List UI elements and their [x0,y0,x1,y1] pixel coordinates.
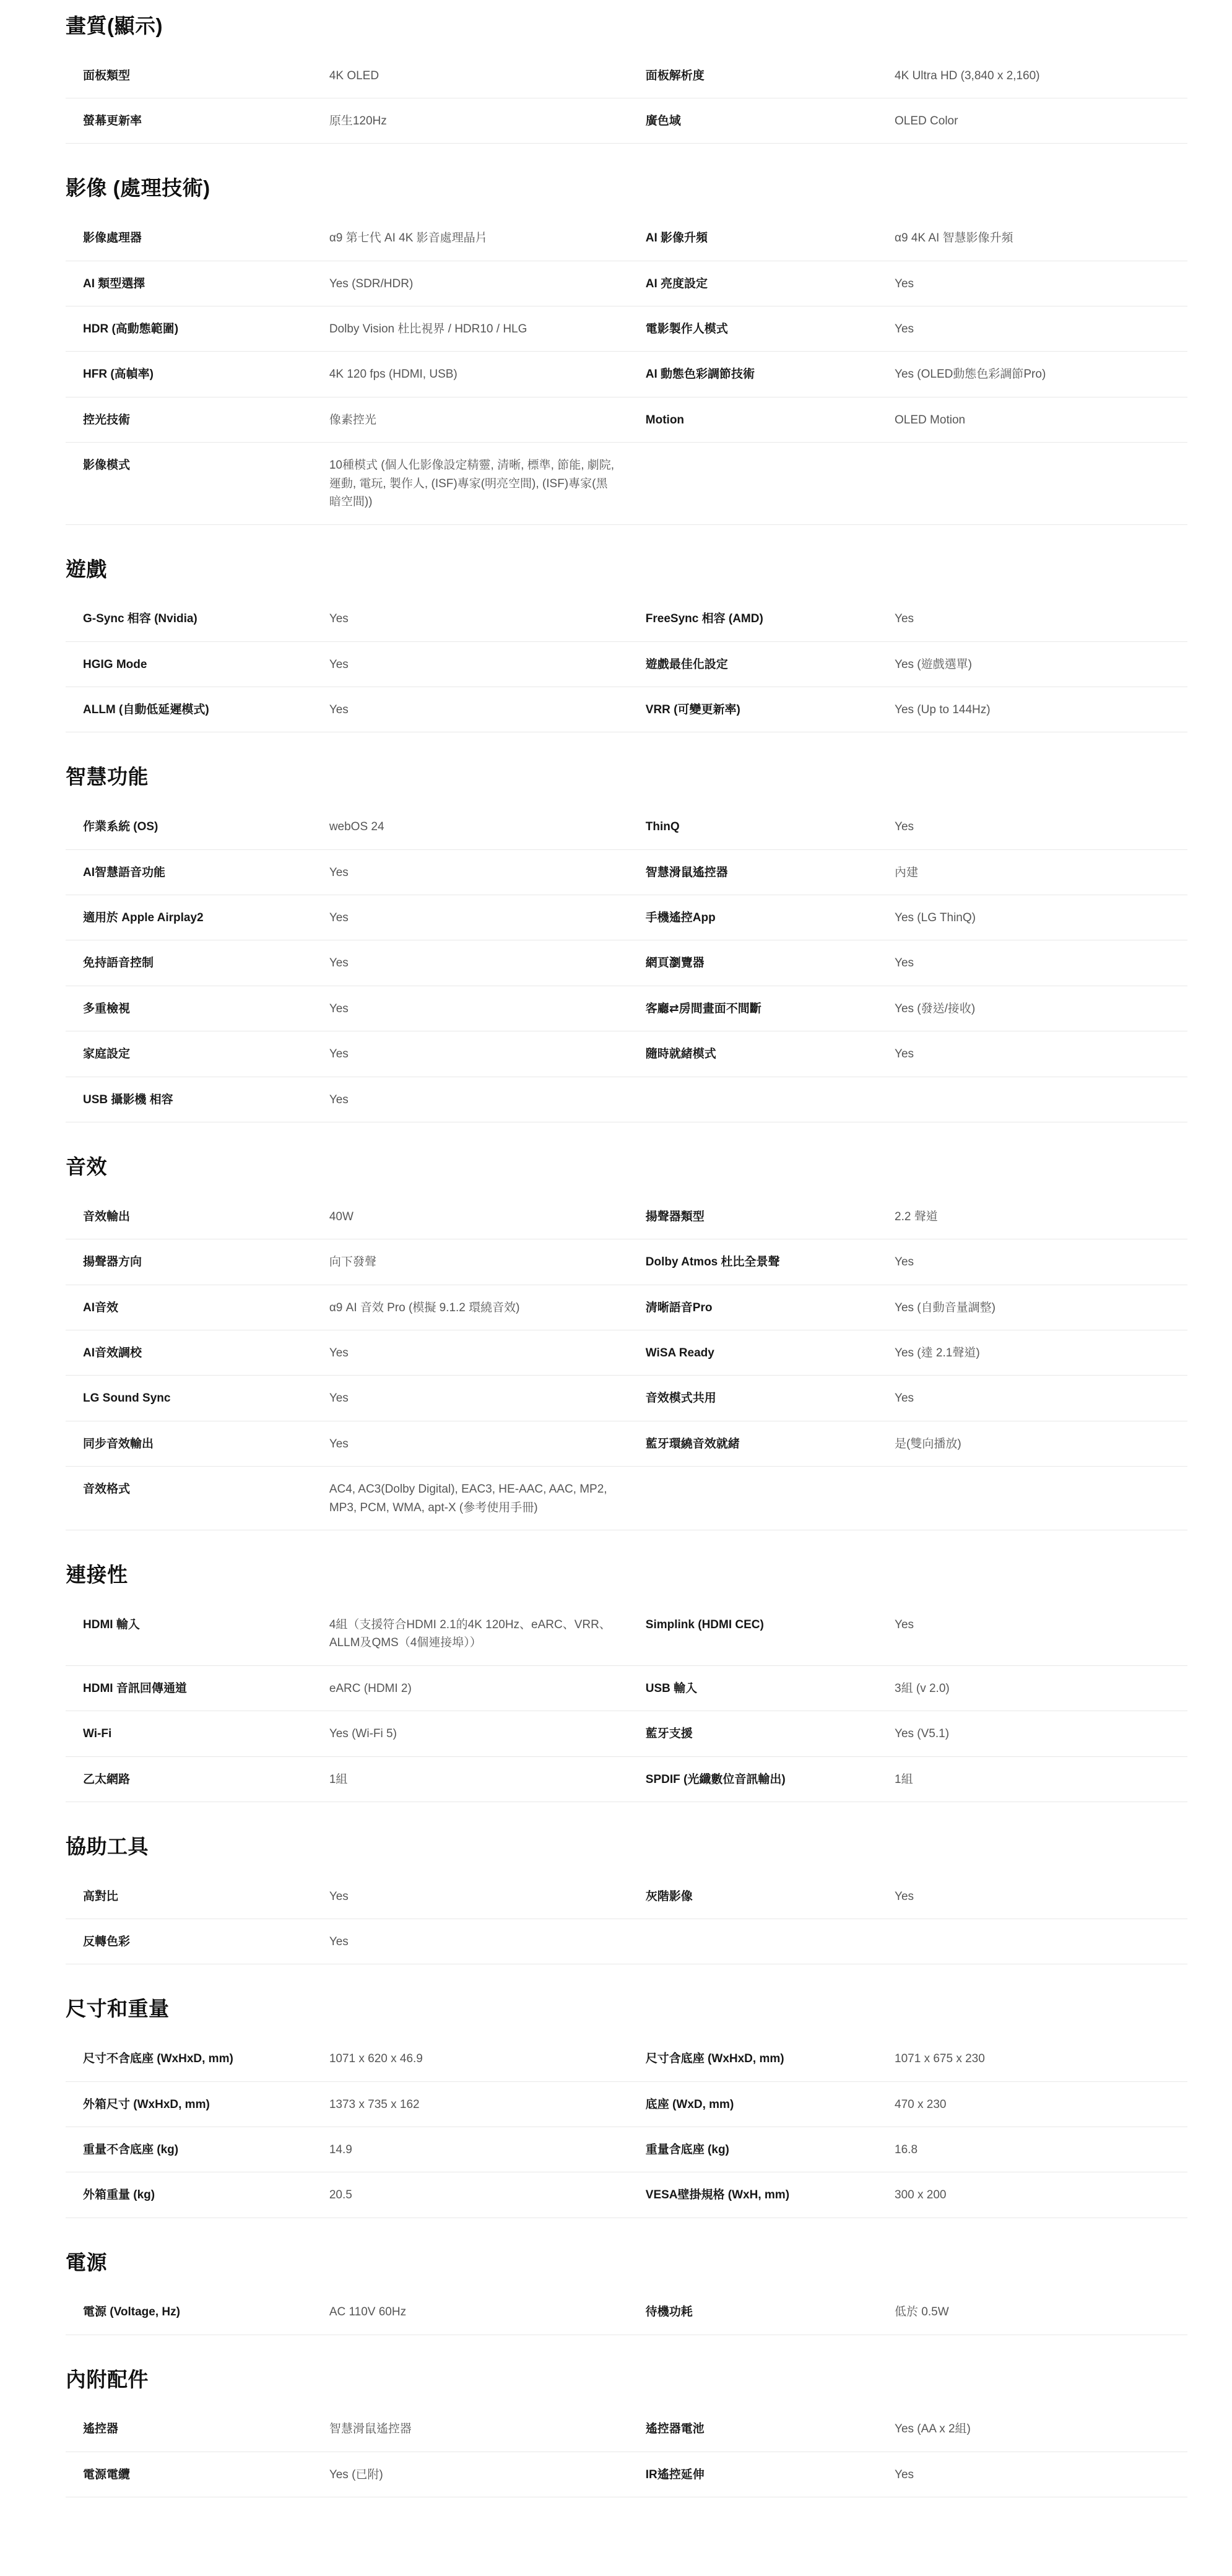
spec-label: 清晰語音Pro [646,1299,895,1317]
spec-value: Yes (自動音量調整) [895,1299,1187,1317]
spec-value: α9 第七代 AI 4K 影音處理晶片 [329,229,646,247]
spec-value: Yes [329,656,646,674]
spec-row: 螢幕更新率 原生120Hz 廣色域 OLED Color [66,98,1187,144]
spec-row: LG Sound Sync Yes 音效模式共用 Yes [66,1376,1187,1421]
spec-value: 4K OLED [329,67,646,85]
spec-value: Yes (LG ThinQ) [895,909,1187,927]
spec-label: AI音效調校 [66,1344,329,1362]
spec-label: AI音效 [66,1299,329,1317]
spec-label: Dolby Atmos 杜比全景聲 [646,1253,895,1271]
spec-value: Yes [329,864,646,882]
spec-label: 反轉色彩 [66,1933,329,1951]
spec-row: 作業系統 (OS) webOS 24 ThinQ Yes [66,804,1187,849]
spec-row: AI音效調校 Yes WiSA Ready Yes (達 2.1聲道) [66,1330,1187,1376]
spec-value: 原生120Hz [329,112,646,130]
spec-label: FreeSync 相容 (AMD) [646,610,895,628]
spec-row: HDR (高動態範圍) Dolby Vision 杜比視界 / HDR10 / … [66,306,1187,352]
spec-label: USB 輸入 [646,1680,895,1698]
spec-label: 外箱重量 (kg) [66,2186,329,2204]
spec-label: 面板類型 [66,67,329,85]
spec-value: 是(雙向播放) [895,1435,1187,1453]
spec-label: 面板解析度 [646,67,895,85]
spec-value: Yes [895,2466,1187,2484]
spec-label: USB 攝影機 相容 [66,1091,329,1109]
spec-row: USB 攝影機 相容 Yes [66,1077,1187,1122]
section-rows: HDMI 輸入 4組（支援符合HDMI 2.1的4K 120Hz、eARC、VR… [66,1602,1187,1802]
spec-row: 多重檢視 Yes 客廳⇄房間畫面不間斷 Yes (發送/接收) [66,986,1187,1031]
spec-label: 影像模式 [66,456,329,474]
section-title: 遊戲 [66,557,1187,582]
spec-value: Yes [895,1045,1187,1063]
spec-row: 電源 (Voltage, Hz) AC 110V 60Hz 待機功耗 低於 0.… [66,2289,1187,2335]
spec-value: eARC (HDMI 2) [329,1680,646,1698]
spec-value: Yes (AA x 2組) [895,2420,1187,2438]
spec-row: 反轉色彩 Yes [66,1919,1187,1964]
spec-label: AI 影像升頻 [646,229,895,247]
section-rows: 影像處理器 α9 第七代 AI 4K 影音處理晶片 AI 影像升頻 α9 4K … [66,215,1187,525]
section-rows: 作業系統 (OS) webOS 24 ThinQ Yes AI智慧語音功能 Ye… [66,804,1187,1122]
spec-label: 音效格式 [66,1480,329,1498]
spec-label: 免持語音控制 [66,954,329,972]
spec-value: Yes (Up to 144Hz) [895,701,1187,719]
spec-section: 影像 (處理技術) 影像處理器 α9 第七代 AI 4K 影音處理晶片 AI 影… [66,144,1187,524]
section-title: 電源 [66,2250,1187,2275]
spec-value: Dolby Vision 杜比視界 / HDR10 / HLG [329,320,646,338]
section-title: 影像 (處理技術) [66,176,1187,201]
spec-value: 1組 [329,1771,646,1789]
spec-label: ALLM (自動低延遲模式) [66,701,329,719]
spec-label: 客廳⇄房間畫面不間斷 [646,1000,895,1018]
spec-value: Yes [895,320,1187,338]
spec-label: 揚聲器類型 [646,1208,895,1226]
spec-row: HDMI 音訊回傳通道 eARC (HDMI 2) USB 輸入 3組 (v 2… [66,1666,1187,1711]
spec-label: 廣色域 [646,112,895,130]
spec-row: AI智慧語音功能 Yes 智慧滑鼠遙控器 內建 [66,850,1187,895]
spec-value: 300 x 200 [895,2186,1187,2204]
spec-row: 重量不含底座 (kg) 14.9 重量含底座 (kg) 16.8 [66,2127,1187,2172]
spec-label: IR遙控延伸 [646,2466,895,2484]
spec-row: 揚聲器方向 向下發聲 Dolby Atmos 杜比全景聲 Yes [66,1239,1187,1285]
spec-label: 底座 (WxD, mm) [646,2096,895,2114]
spec-label: 乙太網路 [66,1771,329,1789]
spec-value: Yes [329,1045,646,1063]
spec-label: 作業系統 (OS) [66,818,329,836]
section-rows: 音效輸出 40W 揚聲器類型 2.2 聲道 揚聲器方向 向下發聲 Dolby A… [66,1194,1187,1531]
spec-value: Yes (OLED動態色彩調節Pro) [895,365,1187,383]
spec-value: Yes [895,1888,1187,1906]
spec-value: 4組（支援符合HDMI 2.1的4K 120Hz、eARC、VRR、ALLM及Q… [329,1616,646,1652]
spec-section: 智慧功能 作業系統 (OS) webOS 24 ThinQ Yes AI智慧語音… [66,732,1187,1122]
spec-label: HDMI 輸入 [66,1616,329,1634]
spec-label: 電影製作人模式 [646,320,895,338]
spec-label: 手機遙控App [646,909,895,927]
spec-label: VESA壁掛規格 (WxH, mm) [646,2186,895,2204]
spec-row: 遙控器 智慧滑鼠遙控器 遙控器電池 Yes (AA x 2組) [66,2406,1187,2452]
spec-value: Yes [895,1616,1187,1634]
spec-row: Wi-Fi Yes (Wi-Fi 5) 藍牙支援 Yes (V5.1) [66,1711,1187,1756]
spec-label: SPDIF (光纖數位音訊輸出) [646,1771,895,1789]
spec-row: ALLM (自動低延遲模式) Yes VRR (可變更新率) Yes (Up t… [66,687,1187,732]
spec-section: 畫質(顯示) 面板類型 4K OLED 面板解析度 4K Ultra HD (3… [66,7,1187,144]
spec-row: 尺寸不含底座 (WxHxD, mm) 1071 x 620 x 46.9 尺寸含… [66,2036,1187,2081]
spec-value: 1組 [895,1771,1187,1789]
spec-value: Yes [329,610,646,628]
spec-label: 電源電纜 [66,2466,329,2484]
spec-value: 2.2 聲道 [895,1208,1187,1226]
spec-value: 1373 x 735 x 162 [329,2096,646,2114]
spec-label: G-Sync 相容 (Nvidia) [66,610,329,628]
spec-row: 影像處理器 α9 第七代 AI 4K 影音處理晶片 AI 影像升頻 α9 4K … [66,215,1187,261]
spec-value: 40W [329,1208,646,1226]
spec-section: 內附配件 遙控器 智慧滑鼠遙控器 遙控器電池 Yes (AA x 2組) 電源電… [66,2335,1187,2497]
spec-value: 1071 x 620 x 46.9 [329,2050,646,2068]
spec-row: HFR (高幀率) 4K 120 fps (HDMI, USB) AI 動態色彩… [66,352,1187,397]
spec-value: α9 AI 音效 Pro (模擬 9.1.2 環繞音效) [329,1299,646,1317]
spec-label: 揚聲器方向 [66,1253,329,1271]
spec-row: 同步音效輸出 Yes 藍牙環繞音效就緒 是(雙向播放) [66,1421,1187,1467]
spec-value: 3組 (v 2.0) [895,1680,1187,1698]
spec-label: HDMI 音訊回傳通道 [66,1680,329,1698]
section-rows: G-Sync 相容 (Nvidia) Yes FreeSync 相容 (AMD)… [66,596,1187,732]
spec-value: Yes [895,1253,1187,1271]
spec-label: 藍牙環繞音效就緒 [646,1435,895,1453]
spec-label: LG Sound Sync [66,1389,329,1407]
spec-value: Yes (發送/接收) [895,1000,1187,1018]
spec-row: HGIG Mode Yes 遊戲最佳化設定 Yes (遊戲選單) [66,642,1187,687]
spec-value: Yes [329,1435,646,1453]
spec-label: HGIG Mode [66,656,329,674]
spec-row: G-Sync 相容 (Nvidia) Yes FreeSync 相容 (AMD)… [66,596,1187,641]
spec-value: 4K Ultra HD (3,840 x 2,160) [895,67,1187,85]
spec-section: 遊戲 G-Sync 相容 (Nvidia) Yes FreeSync 相容 (A… [66,525,1187,733]
spec-row: 電源電纜 Yes (已附) IR遙控延伸 Yes [66,2452,1187,2497]
spec-value: 10種模式 (個人化影像設定精靈, 清晰, 標準, 節能, 劇院, 運動, 電玩… [329,456,646,511]
spec-value: 1071 x 675 x 230 [895,2050,1187,2068]
spec-row: 面板類型 4K OLED 面板解析度 4K Ultra HD (3,840 x … [66,53,1187,98]
spec-value: Yes [329,1888,646,1906]
spec-value: 16.8 [895,2141,1187,2159]
spec-label: 高對比 [66,1888,329,1906]
spec-label: AI 動態色彩調節技術 [646,365,895,383]
section-title: 音效 [66,1155,1187,1179]
section-rows: 高對比 Yes 灰階影像 Yes 反轉色彩 Yes [66,1874,1187,1965]
spec-row: 外箱重量 (kg) 20.5 VESA壁掛規格 (WxH, mm) 300 x … [66,2172,1187,2218]
spec-row: 音效格式 AC4, AC3(Dolby Digital), EAC3, HE-A… [66,1467,1187,1530]
spec-label: 遙控器電池 [646,2420,895,2438]
spec-value: 內建 [895,864,1187,882]
spec-label: AI 亮度設定 [646,275,895,293]
spec-value: Yes (V5.1) [895,1725,1187,1743]
spec-label: HFR (高幀率) [66,365,329,383]
section-title: 智慧功能 [66,765,1187,789]
section-rows: 面板類型 4K OLED 面板解析度 4K Ultra HD (3,840 x … [66,53,1187,144]
section-title: 畫質(顯示) [66,14,1187,38]
spec-row: 乙太網路 1組 SPDIF (光纖數位音訊輸出) 1組 [66,1757,1187,1802]
spec-section: 音效 音效輸出 40W 揚聲器類型 2.2 聲道 揚聲器方向 向下發聲 Dolb… [66,1122,1187,1530]
spec-value: AC 110V 60Hz [329,2303,646,2321]
spec-value: 4K 120 fps (HDMI, USB) [329,365,646,383]
spec-label: Simplink (HDMI CEC) [646,1616,895,1634]
spec-value: Yes [329,1091,646,1109]
spec-value: Yes (SDR/HDR) [329,275,646,293]
spec-value: Yes (達 2.1聲道) [895,1344,1187,1362]
spec-value: α9 4K AI 智慧影像升頻 [895,229,1187,247]
spec-value: Yes [895,610,1187,628]
spec-label: 尺寸含底座 (WxHxD, mm) [646,2050,895,2068]
spec-value: 像素控光 [329,411,646,429]
spec-section: 協助工具 高對比 Yes 灰階影像 Yes 反轉色彩 Yes [66,1802,1187,1964]
spec-value: Yes [895,1389,1187,1407]
spec-row: 控光技術 像素控光 Motion OLED Motion [66,397,1187,443]
spec-label: 灰階影像 [646,1888,895,1906]
spec-value: OLED Motion [895,411,1187,429]
spec-value: Yes (已附) [329,2466,646,2484]
spec-label: ThinQ [646,818,895,836]
spec-value: Yes [329,1933,646,1951]
spec-label: Motion [646,411,895,429]
spec-value: 低於 0.5W [895,2303,1187,2321]
spec-value: Yes [329,909,646,927]
spec-label: 遙控器 [66,2420,329,2438]
spec-label: VRR (可變更新率) [646,701,895,719]
spec-row: HDMI 輸入 4組（支援符合HDMI 2.1的4K 120Hz、eARC、VR… [66,1602,1187,1666]
spec-row: 家庭設定 Yes 隨時就緒模式 Yes [66,1031,1187,1077]
section-title: 尺寸和重量 [66,1997,1187,2021]
spec-label: HDR (高動態範圍) [66,320,329,338]
spec-value: AC4, AC3(Dolby Digital), EAC3, HE-AAC, A… [329,1480,646,1517]
spec-value: Yes [895,954,1187,972]
spec-label: WiSA Ready [646,1344,895,1362]
spec-label: 藍牙支援 [646,1725,895,1743]
spec-value: 470 x 230 [895,2096,1187,2114]
spec-value: Yes (Wi-Fi 5) [329,1725,646,1743]
spec-label: 尺寸不含底座 (WxHxD, mm) [66,2050,329,2068]
spec-value: Yes [895,818,1187,836]
spec-value: 14.9 [329,2141,646,2159]
spec-row: AI音效 α9 AI 音效 Pro (模擬 9.1.2 環繞音效) 清晰語音Pr… [66,1285,1187,1330]
spec-label: 外箱尺寸 (WxHxD, mm) [66,2096,329,2114]
spec-label: 重量含底座 (kg) [646,2141,895,2159]
spec-label: 網頁瀏覽器 [646,954,895,972]
spec-label: 待機功耗 [646,2303,895,2321]
spec-value: Yes [329,1344,646,1362]
spec-label: AI智慧語音功能 [66,864,329,882]
spec-label: 控光技術 [66,411,329,429]
spec-value: Yes [329,1389,646,1407]
spec-row: 影像模式 10種模式 (個人化影像設定精靈, 清晰, 標準, 節能, 劇院, 運… [66,443,1187,524]
section-rows: 遙控器 智慧滑鼠遙控器 遙控器電池 Yes (AA x 2組) 電源電纜 Yes… [66,2406,1187,2497]
spec-label: 同步音效輸出 [66,1435,329,1453]
spec-row: 高對比 Yes 灰階影像 Yes [66,1874,1187,1919]
spec-label: 影像處理器 [66,229,329,247]
spec-value: 智慧滑鼠遙控器 [329,2420,646,2438]
spec-label: Wi-Fi [66,1725,329,1743]
spec-row: AI 類型選擇 Yes (SDR/HDR) AI 亮度設定 Yes [66,261,1187,306]
spec-value: Yes [329,701,646,719]
spec-label: 遊戲最佳化設定 [646,656,895,674]
spec-label: 適用於 Apple Airplay2 [66,909,329,927]
spec-value: 20.5 [329,2186,646,2204]
spec-row: 適用於 Apple Airplay2 Yes 手機遙控App Yes (LG T… [66,895,1187,940]
spec-value: OLED Color [895,112,1187,130]
spec-row: 音效輸出 40W 揚聲器類型 2.2 聲道 [66,1194,1187,1239]
spec-label: AI 類型選擇 [66,275,329,293]
spec-value: Yes [329,954,646,972]
spec-label: 螢幕更新率 [66,112,329,130]
section-rows: 尺寸不含底座 (WxHxD, mm) 1071 x 620 x 46.9 尺寸含… [66,2036,1187,2218]
spec-row: 外箱尺寸 (WxHxD, mm) 1373 x 735 x 162 底座 (Wx… [66,2082,1187,2127]
spec-label: 隨時就緒模式 [646,1045,895,1063]
spec-label: 智慧滑鼠遙控器 [646,864,895,882]
spec-value: 向下發聲 [329,1253,646,1271]
section-title: 連接性 [66,1563,1187,1587]
section-title: 協助工具 [66,1834,1187,1859]
section-rows: 電源 (Voltage, Hz) AC 110V 60Hz 待機功耗 低於 0.… [66,2289,1187,2335]
spec-label: 音效輸出 [66,1208,329,1226]
spec-section: 電源 電源 (Voltage, Hz) AC 110V 60Hz 待機功耗 低於… [66,2218,1187,2335]
spec-label: 音效模式共用 [646,1389,895,1407]
spec-value: webOS 24 [329,818,646,836]
section-title: 內附配件 [66,2367,1187,2392]
spec-section: 尺寸和重量 尺寸不含底座 (WxHxD, mm) 1071 x 620 x 46… [66,1964,1187,2218]
spec-label: 多重檢視 [66,1000,329,1018]
spec-value: Yes (遊戲選單) [895,656,1187,674]
spec-section: 連接性 HDMI 輸入 4組（支援符合HDMI 2.1的4K 120Hz、eAR… [66,1530,1187,1802]
spec-label: 家庭設定 [66,1045,329,1063]
spec-label: 重量不含底座 (kg) [66,2141,329,2159]
page: { "page": { "background_color": "#ffffff… [0,0,1232,2528]
spec-row: 免持語音控制 Yes 網頁瀏覽器 Yes [66,940,1187,986]
spec-label: 電源 (Voltage, Hz) [66,2303,329,2321]
spec-value: Yes [895,275,1187,293]
spec-sheet: 畫質(顯示) 面板類型 4K OLED 面板解析度 4K Ultra HD (3… [66,0,1187,2528]
spec-value: Yes [329,1000,646,1018]
